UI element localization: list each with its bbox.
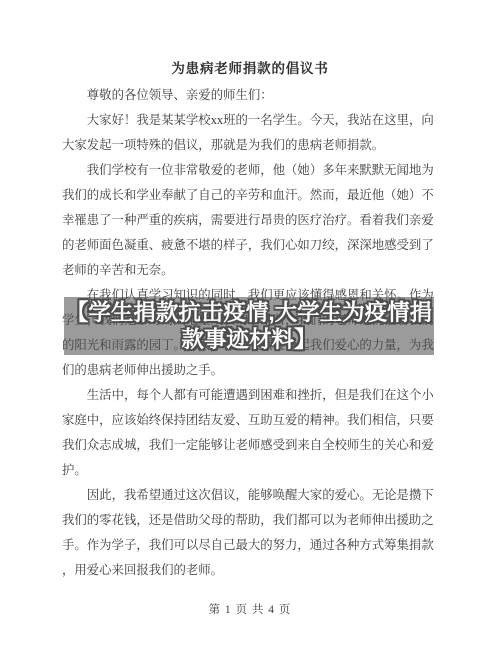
text-line: 大家好！我是某某学校xx班的一名学生。今天，我站在这里，向 — [62, 108, 433, 133]
text-line: 我们众志成城，我们一定能够让老师感受到来自全校师生的关心和爱 — [62, 433, 433, 458]
text-line: 手。作为学子，我们可以尽自己最大的努力，通过各种方式筹集捐款 — [62, 533, 433, 558]
text-line: 们的患病老师伸出援助之手。 — [62, 358, 433, 383]
text-line: 的老师面色凝重、疲惫不堪的样子，我们心如刀绞，深深地感受到了 — [62, 233, 433, 258]
text-line: 生活中，每个人都有可能遭遇到困难和挫折，但是我们在这个小 — [62, 383, 433, 408]
watermark-text-line-1: 【学生捐款抗击疫情,大学生为疫情捐 — [66, 299, 432, 326]
page-number-footer: 第 1 页 共 4 页 — [0, 601, 500, 617]
text-line: 我们的成长和学业奉献了自己的辛劳和血汗。然而，最近他（她）不 — [62, 183, 433, 208]
text-line: 我们学校有一位非常敬爱的老师，他（她）多年来默默无闻地为 — [62, 158, 433, 183]
text-line: 尊敬的各位领导、亲爱的师生们： — [62, 83, 433, 108]
text-line: 我们的零花钱，还是借助父母的帮助，我们都可以为老师伸出援助之 — [62, 508, 433, 533]
watermark-overlay: 【学生捐款抗击疫情,大学生为疫情捐 款事迹材料】 — [64, 297, 434, 355]
watermark-text-line-2: 款事迹材料】 — [181, 326, 316, 353]
document-page: 为患病老师捐款的倡议书 尊敬的各位领导、亲爱的师生们：大家好！我是某某学校xx班… — [0, 0, 500, 647]
document-title: 为患病老师捐款的倡议书 — [0, 57, 500, 77]
text-line: 老师的辛苦和无奈。 — [62, 258, 433, 283]
text-line: 大家发起一项特殊的倡议，那就是为我们的患病老师捐款。 — [62, 133, 433, 158]
text-line: 幸罹患了一种严重的疾病，需要进行昂贵的医疗治疗。看着我们亲爱 — [62, 208, 433, 233]
text-line: 护。 — [62, 458, 433, 483]
text-line: ，用爱心来回报我们的老师。 — [62, 558, 433, 583]
text-line: 家庭中，应该始终保持团结友爱、互助互爱的精神。我们相信，只要 — [62, 408, 433, 433]
text-line: 因此，我希望通过这次倡议，能够唤醒大家的爱心。无论是攒下 — [62, 483, 433, 508]
